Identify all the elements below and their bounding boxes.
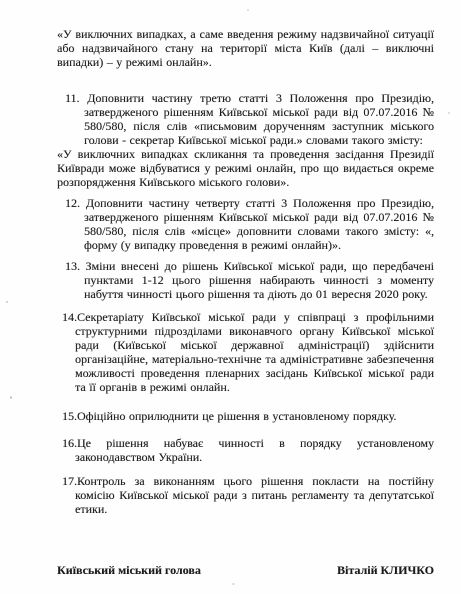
item-11-quote-paragraph: «У виключних випадках скликання та прове… bbox=[57, 147, 434, 189]
scan-speck bbox=[247, 9, 249, 11]
item-12-paragraph: 12. Доповнити частину четверту статті 3 … bbox=[57, 196, 434, 252]
item-15-paragraph: 15.Офіційно оприлюднити це рішення в уст… bbox=[57, 409, 434, 423]
item-11-paragraph: 11. Доповнити частину третю статті 3 Пол… bbox=[57, 91, 434, 147]
scan-speck bbox=[6, 301, 8, 303]
scan-speck bbox=[10, 396, 12, 399]
scan-speck bbox=[448, 112, 450, 114]
signature-name: Віталій КЛИЧКО bbox=[337, 563, 434, 577]
signature-row: Київський міський голова Віталій КЛИЧКО bbox=[57, 563, 434, 577]
scan-speck bbox=[232, 583, 235, 585]
item-13-paragraph: 13. Зміни внесені до рішень Київської мі… bbox=[57, 259, 434, 301]
item-16-paragraph: 16.Це рішення набуває чинності в порядку… bbox=[57, 436, 434, 464]
item-17-paragraph: 17.Контроль за виконанням цього рішення … bbox=[57, 474, 434, 516]
document-body: «У виключних випадках, а саме введення р… bbox=[57, 27, 434, 577]
signature-title: Київський міський голова bbox=[57, 563, 201, 577]
item-14-paragraph: 14.Секретаріату Київської міської ради у… bbox=[57, 310, 434, 394]
intro-quote-paragraph: «У виключних випадках, а саме введення р… bbox=[57, 27, 434, 69]
scanned-document-page: «У виключних випадках, а саме введення р… bbox=[0, 0, 461, 594]
